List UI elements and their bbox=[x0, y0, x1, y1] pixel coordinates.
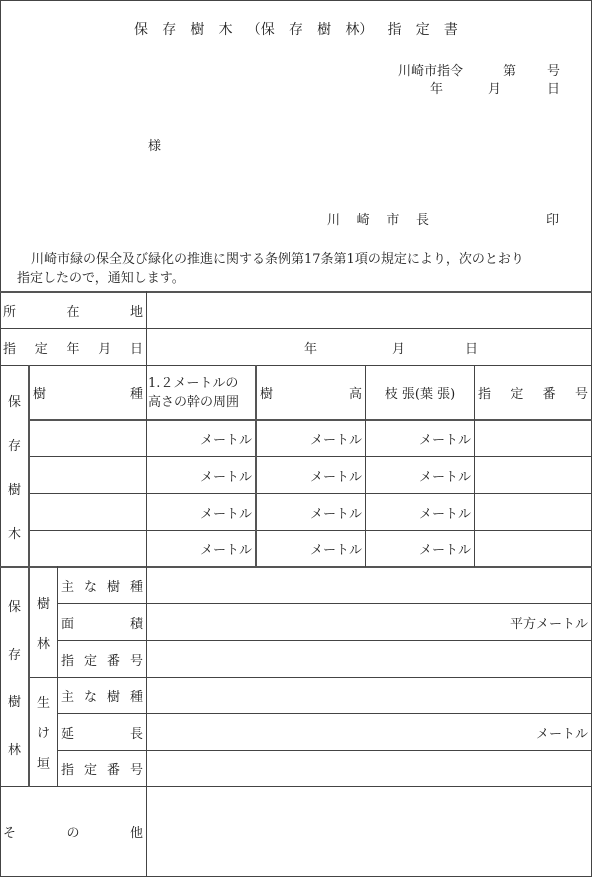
body-text-line2: 指定したので，通知します。 bbox=[17, 267, 185, 286]
label-char: 所 bbox=[3, 301, 16, 320]
unit-label: 平方メートル bbox=[510, 613, 588, 632]
label-char: 月 bbox=[98, 338, 111, 357]
number-field[interactable] bbox=[475, 420, 591, 456]
height-field[interactable]: メートル bbox=[257, 420, 365, 456]
label-char: 日 bbox=[130, 338, 143, 357]
unit-label: メートル bbox=[310, 429, 362, 448]
other-field[interactable] bbox=[147, 787, 591, 875]
date-year: 年 bbox=[304, 338, 317, 357]
label-char: 樹 bbox=[260, 383, 273, 402]
label-char: 指 bbox=[61, 650, 74, 669]
reference-prefix: 川崎市指令 bbox=[398, 60, 463, 79]
number-field[interactable] bbox=[475, 531, 591, 566]
unit-label: メートル bbox=[200, 466, 252, 485]
height-field[interactable]: メートル bbox=[257, 494, 365, 530]
header-girth-line1: 1.２メートルの bbox=[148, 374, 238, 393]
title-char: （保 bbox=[247, 19, 275, 39]
height-field[interactable]: メートル bbox=[257, 531, 365, 566]
unit-label: メートル bbox=[200, 503, 252, 522]
number-field[interactable] bbox=[475, 457, 591, 493]
location-label: 所 在 地 bbox=[0, 292, 146, 328]
label-char: 指 bbox=[61, 759, 74, 778]
label-char: 定 bbox=[510, 383, 523, 402]
species-field[interactable] bbox=[30, 457, 146, 493]
title-char: 樹 bbox=[190, 19, 204, 39]
unit-label: メートル bbox=[419, 539, 471, 558]
label-char: の bbox=[66, 822, 79, 841]
label-char: 主 bbox=[61, 576, 74, 595]
title-char: 存 bbox=[289, 19, 303, 39]
title-char: 木 bbox=[219, 19, 233, 39]
label-char: な bbox=[84, 576, 97, 595]
hedge-length-label: 延 長 bbox=[58, 714, 146, 750]
woodland-main-species-field[interactable] bbox=[147, 567, 591, 603]
girth-field[interactable]: メートル bbox=[147, 494, 255, 530]
woodland-label: 樹 林 bbox=[30, 568, 57, 677]
number-field[interactable] bbox=[475, 494, 591, 530]
header-number: 指 定 番 号 bbox=[475, 366, 591, 419]
label-char: 保 bbox=[8, 596, 21, 615]
header-girth: 1.２メートルの 高さの幹の周囲 bbox=[148, 366, 256, 419]
label-char: 高 bbox=[349, 383, 362, 402]
unit-label: メートル bbox=[200, 429, 252, 448]
label-char: 木 bbox=[8, 523, 21, 542]
label-char: 積 bbox=[130, 613, 143, 632]
label-char: 樹 bbox=[37, 593, 50, 612]
hedge-number-label: 指 定 番 号 bbox=[58, 751, 146, 786]
label-char: 樹 bbox=[107, 686, 120, 705]
document-title: 保 存 樹 木 （保 存 樹 林） 指 定 書 bbox=[134, 19, 458, 39]
hedge-length-field[interactable]: メートル bbox=[147, 714, 591, 750]
issuer-char: 長 bbox=[416, 209, 429, 228]
unit-label: メートル bbox=[536, 723, 588, 742]
designation-date-label: 指 定 年 月 日 bbox=[0, 329, 146, 365]
hedge-main-species-label: 主 な 樹 種 bbox=[58, 678, 146, 713]
girth-field[interactable]: メートル bbox=[147, 457, 255, 493]
label-char: 番 bbox=[107, 650, 120, 669]
date-year: 年 bbox=[430, 78, 443, 97]
girth-field[interactable]: メートル bbox=[147, 531, 255, 566]
spread-field[interactable]: メートル bbox=[366, 531, 474, 566]
seal-mark: 印 bbox=[546, 209, 559, 228]
label-char: 定 bbox=[35, 338, 48, 357]
label-char: 号 bbox=[575, 383, 588, 402]
label-char: 在 bbox=[66, 301, 79, 320]
issuer-char: 川 bbox=[327, 209, 340, 228]
header-height: 樹 高 bbox=[257, 366, 365, 419]
hedge-number-field[interactable] bbox=[147, 751, 591, 786]
unit-label: メートル bbox=[310, 539, 362, 558]
woodland-number-label: 指 定 番 号 bbox=[58, 641, 146, 677]
spread-field[interactable]: メートル bbox=[366, 420, 474, 456]
species-field[interactable] bbox=[30, 531, 146, 566]
label-char: 生 bbox=[37, 692, 50, 711]
girth-field[interactable]: メートル bbox=[147, 420, 255, 456]
label-char: 定 bbox=[84, 650, 97, 669]
label-char: 種 bbox=[130, 576, 143, 595]
date-day: 日 bbox=[547, 78, 560, 97]
header-species: 樹 種 bbox=[30, 366, 146, 419]
recipient-suffix: 様 bbox=[148, 135, 161, 154]
title-char: 書 bbox=[444, 19, 458, 39]
title-char: 指 bbox=[388, 19, 402, 39]
label-char: な bbox=[84, 686, 97, 705]
title-char: 存 bbox=[162, 19, 176, 39]
label-char: 種 bbox=[130, 383, 143, 402]
title-char: 林） bbox=[345, 19, 373, 39]
date-month: 月 bbox=[488, 78, 501, 97]
label-char: 指 bbox=[478, 383, 491, 402]
label-char: そ bbox=[3, 822, 16, 841]
unit-label: メートル bbox=[310, 503, 362, 522]
date-day: 日 bbox=[465, 338, 478, 357]
reference-go: 号 bbox=[547, 60, 560, 79]
woodland-main-species-label: 主 な 樹 種 bbox=[58, 567, 146, 603]
label-char: 号 bbox=[130, 759, 143, 778]
unit-label: メートル bbox=[419, 466, 471, 485]
label-char: 他 bbox=[130, 822, 143, 841]
label-char: 番 bbox=[543, 383, 556, 402]
header-spread-text: 枝 張(葉 張) bbox=[385, 383, 455, 402]
title-char: 樹 bbox=[317, 19, 331, 39]
label-char: 林 bbox=[37, 633, 50, 652]
height-field[interactable]: メートル bbox=[257, 457, 365, 493]
label-char: 垣 bbox=[37, 753, 50, 772]
preserved-trees-label: 保 存 樹 木 bbox=[0, 366, 29, 566]
label-char: 樹 bbox=[107, 576, 120, 595]
title-char: 定 bbox=[416, 19, 430, 39]
issuer-char: 崎 bbox=[357, 209, 370, 228]
species-field[interactable] bbox=[30, 494, 146, 530]
label-char: 長 bbox=[130, 723, 143, 742]
unit-label: メートル bbox=[419, 429, 471, 448]
date-month: 月 bbox=[392, 338, 405, 357]
label-char: 存 bbox=[8, 435, 21, 454]
label-char: 林 bbox=[8, 739, 21, 758]
label-char: 主 bbox=[61, 686, 74, 705]
label-char: 面 bbox=[61, 613, 74, 632]
preserved-forest-label: 保 存 樹 林 bbox=[0, 568, 29, 786]
unit-label: メートル bbox=[310, 466, 362, 485]
header-spread: 枝 張(葉 張) bbox=[366, 366, 474, 419]
label-char: 樹 bbox=[33, 383, 46, 402]
hedge-main-species-field[interactable] bbox=[147, 678, 591, 713]
spread-field[interactable]: メートル bbox=[366, 457, 474, 493]
spread-field[interactable]: メートル bbox=[366, 494, 474, 530]
hedge-label: 生 け 垣 bbox=[30, 678, 57, 786]
species-field[interactable] bbox=[30, 420, 146, 456]
issuer-char: 市 bbox=[386, 209, 399, 228]
label-char: け bbox=[37, 722, 50, 741]
label-char: 年 bbox=[66, 338, 79, 357]
label-char: 地 bbox=[130, 301, 143, 320]
label-char: 号 bbox=[130, 650, 143, 669]
label-char: 定 bbox=[84, 759, 97, 778]
label-char: 指 bbox=[3, 338, 16, 357]
label-char: 存 bbox=[8, 644, 21, 663]
unit-label: メートル bbox=[200, 539, 252, 558]
label-char: 番 bbox=[107, 759, 120, 778]
woodland-area-field[interactable]: 平方メートル bbox=[147, 604, 591, 640]
body-text-line1: 川崎市緑の保全及び緑化の推進に関する条例第17条第1項の規定により，次のとおり bbox=[31, 248, 524, 267]
label-char: 種 bbox=[130, 686, 143, 705]
title-char: 保 bbox=[134, 19, 148, 39]
header-girth-line2: 高さの幹の周囲 bbox=[148, 393, 239, 412]
designation-date-field[interactable]: 年 月 日 bbox=[147, 329, 591, 365]
location-field[interactable] bbox=[147, 292, 591, 328]
label-char: 樹 bbox=[8, 479, 21, 498]
label-char: 保 bbox=[8, 391, 21, 410]
issuer: 川 崎 市 長 bbox=[327, 209, 429, 228]
reference-dai: 第 bbox=[503, 60, 516, 79]
woodland-area-label: 面 積 bbox=[58, 604, 146, 640]
label-char: 樹 bbox=[8, 691, 21, 710]
other-label: そ の 他 bbox=[0, 787, 146, 875]
woodland-number-field[interactable] bbox=[147, 641, 591, 677]
unit-label: メートル bbox=[419, 503, 471, 522]
label-char: 延 bbox=[61, 723, 74, 742]
